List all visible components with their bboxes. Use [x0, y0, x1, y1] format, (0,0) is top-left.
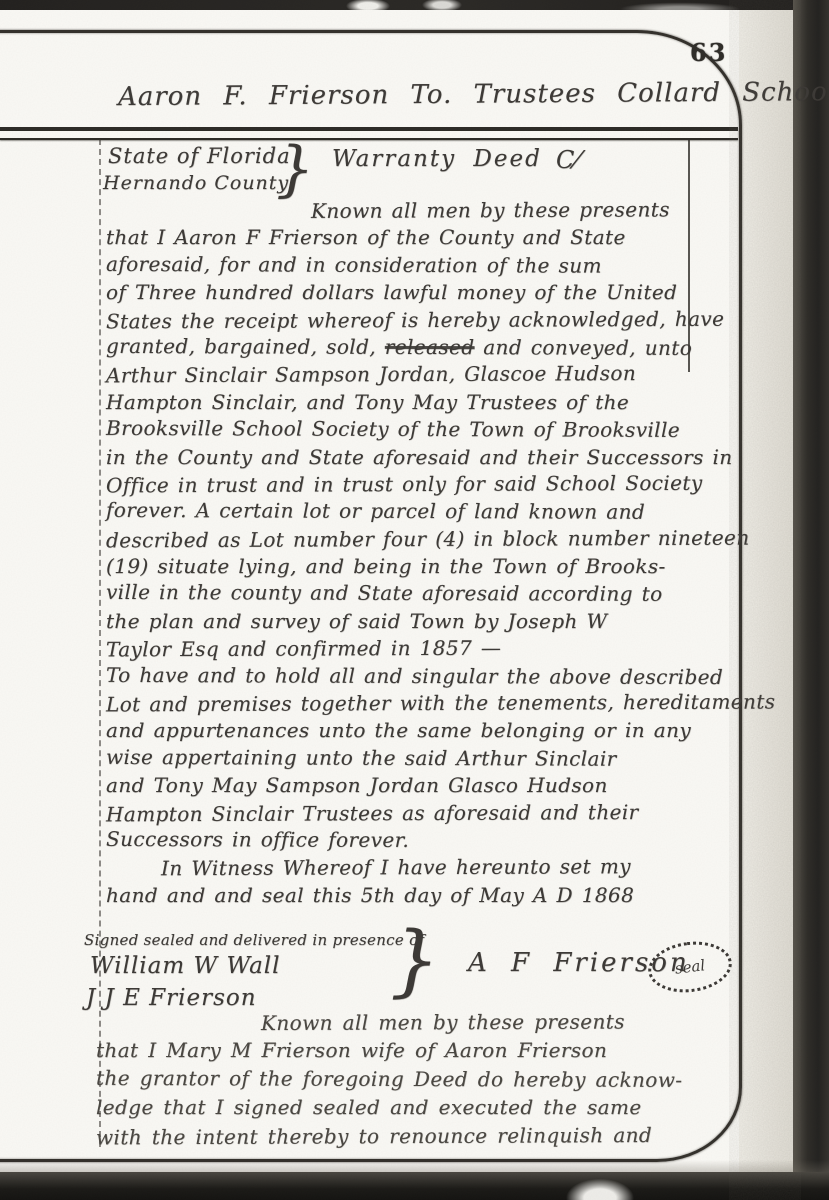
- book-binding-edge-band: [793, 0, 829, 1200]
- deed-text-line: States the receipt whereof is hereby ack…: [106, 305, 738, 335]
- seal-label: seal: [674, 956, 706, 978]
- deed-text-line: granted, bargained, sold, released and c…: [106, 333, 738, 363]
- deed-text-line: of Three hundred dollars lawful money of…: [106, 279, 738, 306]
- deed-text-line: Taylor Esq and confirmed in 1857 —: [106, 634, 738, 664]
- deed-text-line: Lot and premises together with the tenem…: [106, 689, 738, 719]
- deed-text-line: ledge that I signed sealed and executed …: [96, 1093, 746, 1121]
- deed-text-line: that I Mary M Frierson wife of Aaron Fri…: [96, 1036, 746, 1064]
- page-right-gutter: [739, 10, 793, 1172]
- deed-text-line: (19) situate lying, and being in the Tow…: [106, 553, 738, 580]
- deed-text-line: described as Lot number four (4) in bloc…: [106, 524, 738, 554]
- header-double-rule: [0, 127, 738, 140]
- deed-text-line: wise appertaining unto the said Arthur S…: [106, 744, 738, 774]
- deed-text-line: Known all men by these presents: [311, 196, 738, 225]
- scan-top-edge-band: [0, 0, 829, 10]
- deed-text-line: Hampton Sinclair Trustees as aforesaid a…: [106, 798, 738, 828]
- deed-text-line: and appurtenances unto the same belongin…: [106, 717, 738, 744]
- signature-brace: }: [390, 916, 440, 1006]
- deed-text-line: In Witness Whereof I have hereunto set m…: [161, 853, 738, 883]
- deed-text-line: the grantor of the foregoing Deed do her…: [96, 1064, 746, 1095]
- deed-text-line: Known all men by these presents: [261, 1007, 746, 1038]
- witness-signature-1: William W Wall: [90, 953, 281, 979]
- dower-acknowledgment-text: Known all men by these presentsthat I Ma…: [96, 1008, 746, 1150]
- scanned-deed-page: 63 Aaron F. Frierson To. Trustees Collar…: [0, 0, 829, 1200]
- deed-text-line: aforesaid, for and in consideration of t…: [106, 251, 738, 281]
- scan-bottom-edge-band: [0, 1172, 829, 1200]
- deed-text-line: Arthur Sinclair Sampson Jordan, Glascoe …: [106, 360, 738, 390]
- deed-text-line: and Tony May Sampson Jordan Glasco Hudso…: [106, 772, 738, 799]
- deed-index-header: Aaron F. Frierson To. Trustees Collard S…: [118, 78, 733, 112]
- page-number: 63: [690, 38, 727, 67]
- deed-text-line: To have and to hold all and singular the…: [106, 662, 738, 692]
- deed-text-line: hand and and seal this 5th day of May A …: [106, 882, 738, 909]
- attestation-clause: Signed sealed and delivered in presence …: [84, 931, 424, 949]
- caption-brace: }: [276, 134, 314, 204]
- caption-state: State of Florida: [108, 144, 291, 168]
- deed-text-line: that I Aaron F Frierson of the County an…: [106, 224, 738, 251]
- caption-county: Hernando County: [103, 172, 289, 194]
- deed-text-line: Successors in office forever.: [106, 826, 738, 856]
- deed-text-line: Hampton Sinclair, and Tony May Trustees …: [106, 389, 738, 416]
- deed-text-line: ville in the county and State aforesaid …: [106, 579, 738, 609]
- clerk-mark: C⁄: [556, 146, 580, 174]
- deed-text-line: Brooksville School Society of the Town o…: [106, 415, 738, 445]
- deed-text-line: with the intent thereby to renounce reli…: [96, 1120, 746, 1151]
- deed-text-line: the plan and survey of said Town by Jose…: [106, 608, 738, 635]
- document-type-label: Warranty Deed: [332, 146, 542, 172]
- deed-text-line: in the County and State aforesaid and th…: [106, 444, 738, 471]
- deed-text-line: Office in trust and in trust only for sa…: [106, 470, 738, 500]
- deed-body-text: Known all men by these presentsthat I Aa…: [106, 197, 738, 909]
- deed-text-line: forever. A certain lot or parcel of land…: [106, 497, 738, 527]
